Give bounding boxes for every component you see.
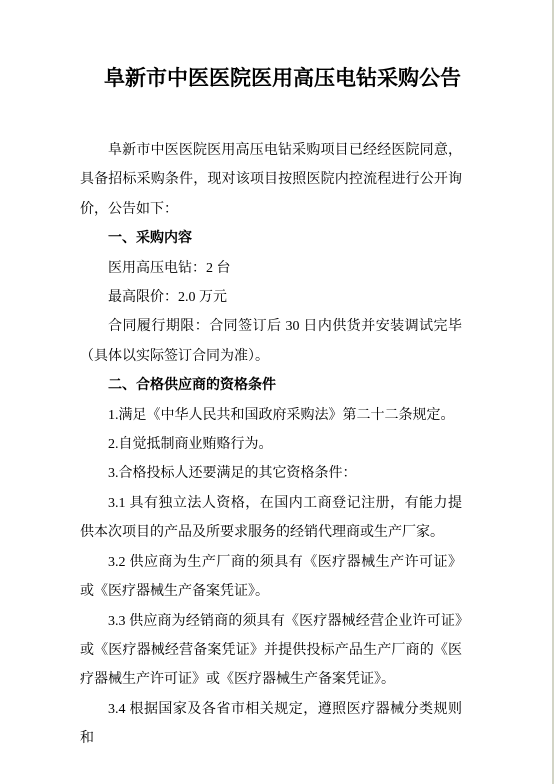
document-page: 阜新市中医医院医用高压电钻采购公告 阜新市中医医院医用高压电钻采购项目已经经医院… [0, 0, 557, 784]
paragraph: 合同履行期限：合同签订后 30 日内供货并安装调试完毕（具体以实际签订合同为准）… [80, 312, 462, 371]
paragraph: 3.合格投标人还要满足的其它资格条件： [80, 459, 462, 488]
paragraph: 3.4 根据国家及各省市相关规定，遵照医疗器械分类规则和 [80, 695, 462, 754]
document-content: 阜新市中医医院医用高压电钻采购公告 阜新市中医医院医用高压电钻采购项目已经经医院… [80, 0, 485, 754]
page-right-edge-line [552, 0, 554, 784]
section-heading: 一、采购内容 [80, 224, 462, 253]
paragraph: 阜新市中医医院医用高压电钻采购项目已经经医院同意，具备招标采购条件，现对该项目按… [80, 136, 462, 224]
section-heading: 二、合格供应商的资格条件 [80, 371, 462, 400]
paragraph: 3.3 供应商为经销商的须具有《医疗器械经营企业许可证》或《医疗器械经营备案凭证… [80, 607, 462, 695]
document-title: 阜新市中医医院医用高压电钻采购公告 [80, 64, 485, 92]
paragraph: 最高限价：2.0 万元 [80, 283, 462, 312]
paragraph: 3.2 供应商为生产厂商的须具有《医疗器械生产许可证》或《医疗器械生产备案凭证》… [80, 548, 462, 607]
paragraph: 2.自觉抵制商业贿赂行为。 [80, 430, 462, 459]
paragraph: 1.满足《中华人民共和国政府采购法》第二十二条规定。 [80, 401, 462, 430]
paragraph: 医用高压电钻：2 台 [80, 254, 462, 283]
paragraph: 3.1 具有独立法人资格，在国内工商登记注册，有能力提供本次项目的产品及所要求服… [80, 489, 462, 548]
document-body: 阜新市中医医院医用高压电钻采购项目已经经医院同意，具备招标采购条件，现对该项目按… [80, 136, 462, 754]
